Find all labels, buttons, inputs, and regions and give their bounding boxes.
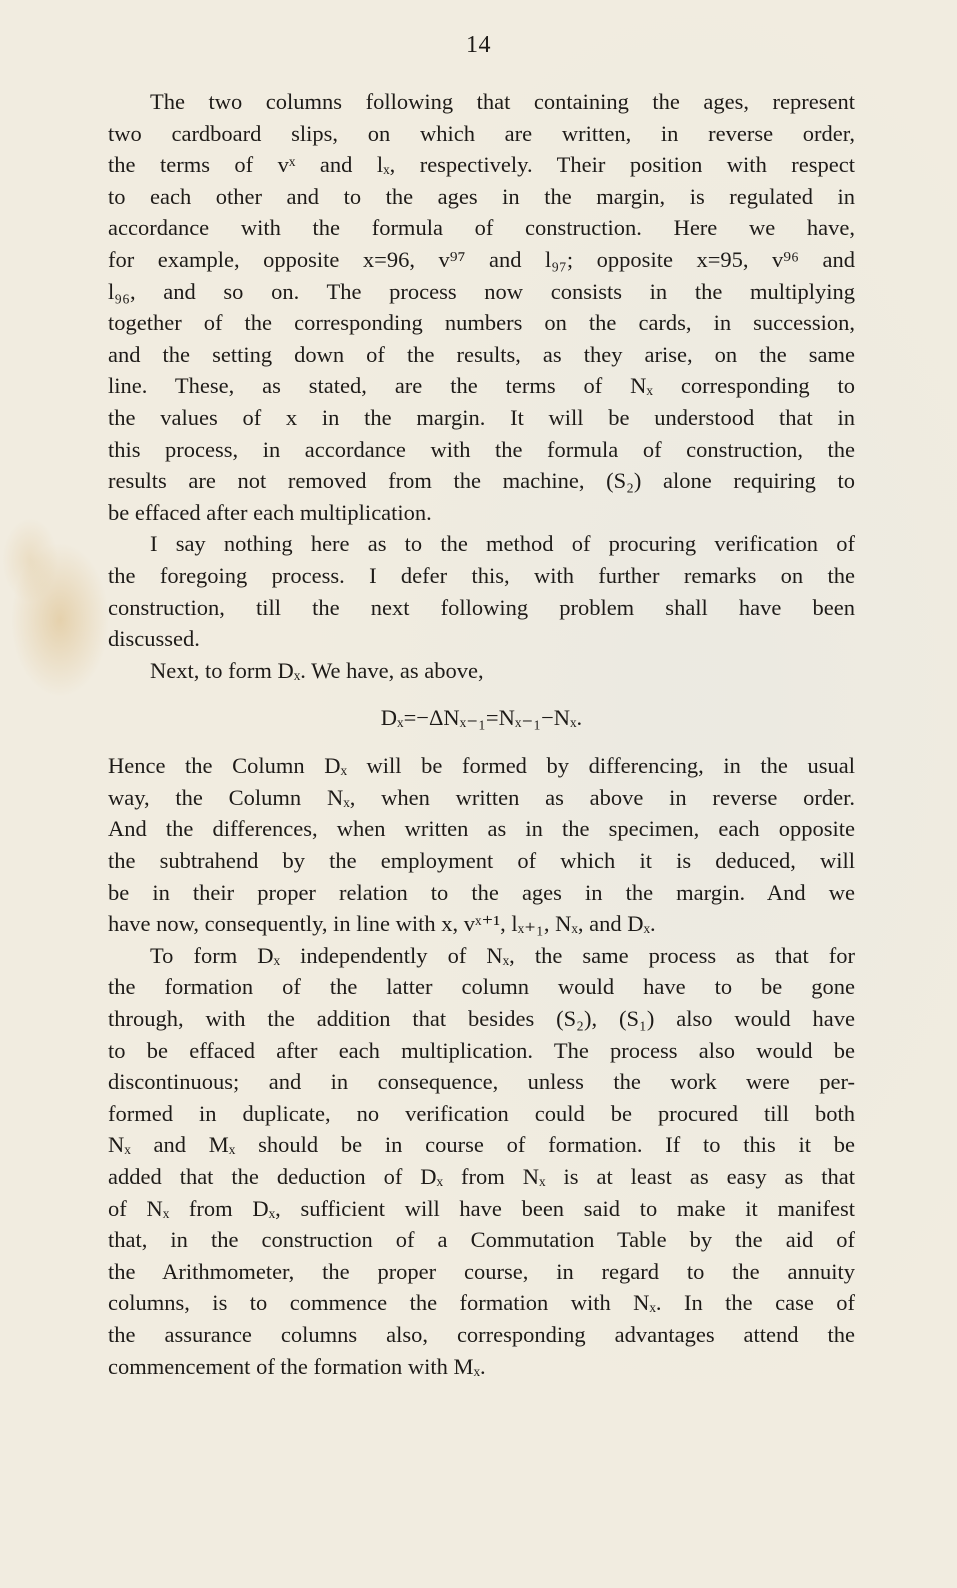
- text-line: two cardboard slips, on which are writte…: [108, 118, 855, 150]
- paragraph-3: Next, to form Dₓ. We have, as above,: [108, 655, 855, 687]
- text-line: To form Dₓ independently of Nₓ, the same…: [108, 940, 855, 972]
- text-line: the subtrahend by the employment of whic…: [108, 845, 855, 877]
- text-line: The two columns following that containin…: [108, 86, 855, 118]
- text-line: I say nothing here as to the method of p…: [108, 528, 855, 560]
- text-line: this process, in accordance with the for…: [108, 434, 855, 466]
- text-line: to be effaced after each multiplication.…: [108, 1035, 855, 1067]
- body-text: The two columns following that containin…: [108, 86, 855, 1382]
- text-line: Hence the Column Dₓ will be formed by di…: [108, 750, 855, 782]
- text-line: the terms of vˣ and lₓ, respectively. Th…: [108, 149, 855, 181]
- text-line: the foregoing process. I defer this, wit…: [108, 560, 855, 592]
- text-line: be in their proper relation to the ages …: [108, 877, 855, 909]
- text-line: Next, to form Dₓ. We have, as above,: [108, 655, 855, 687]
- text-line: and the setting down of the results, as …: [108, 339, 855, 371]
- text-line: results are not removed from the machine…: [108, 465, 855, 497]
- paragraph-4: Hence the Column Dₓ will be formed by di…: [108, 750, 855, 940]
- text-line: the values of x in the margin. It will b…: [108, 402, 855, 434]
- text-line: formed in duplicate, no verification cou…: [108, 1098, 855, 1130]
- paragraph-5: To form Dₓ independently of Nₓ, the same…: [108, 940, 855, 1382]
- text-line: together of the corresponding numbers on…: [108, 307, 855, 339]
- text-line: commencement of the formation with Mₓ.: [108, 1351, 855, 1383]
- text-line: the formation of the latter column would…: [108, 971, 855, 1003]
- text-line: discussed.: [108, 623, 855, 655]
- text-line: accordance with the formula of construct…: [108, 212, 855, 244]
- text-line: discontinuous; and in consequence, unles…: [108, 1066, 855, 1098]
- text-line: of Nₓ from Dₓ, sufficient will have been…: [108, 1193, 855, 1225]
- formula: Dₓ=−ΔNₓ₋₁=Nₓ₋₁−Nₓ.: [108, 686, 855, 750]
- text-line: way, the Column Nₓ, when written as abov…: [108, 782, 855, 814]
- equation: Dₓ=−ΔNₓ₋₁=Nₓ₋₁−Nₓ.: [108, 686, 855, 750]
- page-number: 14: [0, 32, 957, 59]
- text-line: line. These, as stated, are the terms of…: [108, 370, 855, 402]
- text-line: construction, till the next following pr…: [108, 592, 855, 624]
- text-line: that, in the construction of a Commutati…: [108, 1224, 855, 1256]
- text-line: the assurance columns also, correspondin…: [108, 1319, 855, 1351]
- text-line: be effaced after each multiplication.: [108, 497, 855, 529]
- text-line: added that the deduction of Dₓ from Nₓ i…: [108, 1161, 855, 1193]
- text-line: l₉₆, and so on. The process now consists…: [108, 276, 855, 308]
- text-line: Nₓ and Mₓ should be in course of formati…: [108, 1129, 855, 1161]
- text-line: columns, is to commence the formation wi…: [108, 1287, 855, 1319]
- text-line: for example, opposite x=96, v⁹⁷ and l₉₇;…: [108, 244, 855, 276]
- text-line: And the differences, when written as in …: [108, 813, 855, 845]
- text-line: have now, consequently, in line with x, …: [108, 908, 855, 940]
- paragraph-1: The two columns following that containin…: [108, 86, 855, 528]
- text-line: to each other and to the ages in the mar…: [108, 181, 855, 213]
- text-line: through, with the addition that besides …: [108, 1003, 855, 1035]
- text-line: the Arithmometer, the proper course, in …: [108, 1256, 855, 1288]
- paragraph-2: I say nothing here as to the method of p…: [108, 528, 855, 654]
